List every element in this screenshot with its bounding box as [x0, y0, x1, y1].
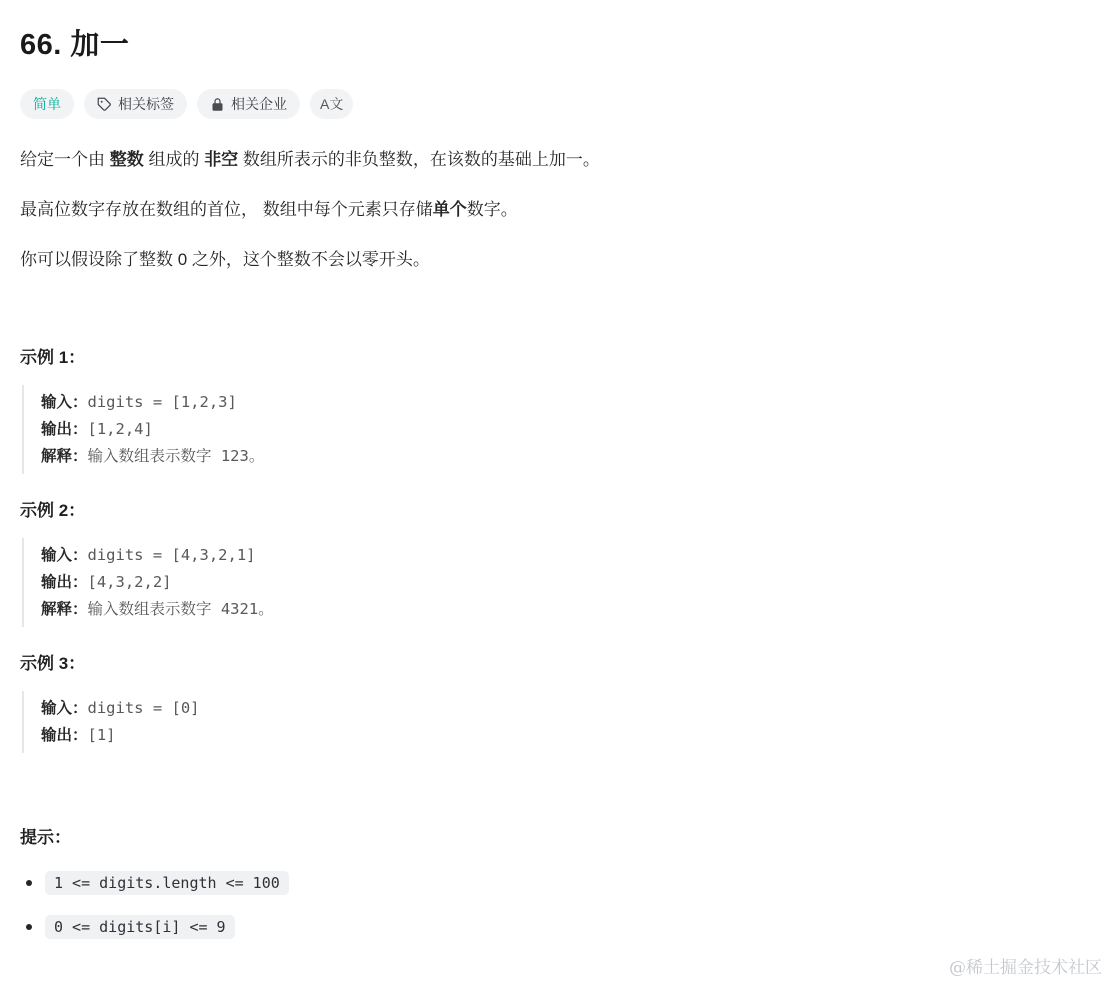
- problem-title: 66. 加一: [20, 22, 1092, 63]
- example-1-explanation-line: 解释：输入数组表示数字 123。: [41, 443, 1092, 470]
- tag-icon: [97, 97, 112, 112]
- constraints-list: 1 <= digits.length <= 100 0 <= digits[i]…: [20, 871, 1092, 939]
- example-3-heading: 示例 3：: [20, 651, 1092, 677]
- example-1-input-line: 输入：digits = [1,2,3]: [41, 389, 1092, 416]
- example-2-input-line: 输入：digits = [4,3,2,1]: [41, 542, 1092, 569]
- example-1-heading: 示例 1：: [20, 345, 1092, 371]
- badges-row: 简单 相关标签 相关企业 A文: [20, 89, 1092, 119]
- constraint-code: 1 <= digits.length <= 100: [45, 871, 289, 895]
- spacer: [20, 297, 1092, 345]
- related-companies-button[interactable]: 相关企业: [197, 89, 300, 119]
- constraints-heading: 提示：: [20, 825, 1092, 851]
- example-3-block: 输入：digits = [0] 输出：[1]: [22, 691, 1092, 753]
- bullet-dot: [26, 880, 32, 886]
- related-tags-button[interactable]: 相关标签: [84, 89, 187, 119]
- description-paragraph-3: 你可以假设除了整数 0 之外，这个整数不会以零开头。: [20, 247, 1092, 273]
- example-2-explanation-line: 解释：输入数组表示数字 4321。: [41, 596, 1092, 623]
- example-2-block: 输入：digits = [4,3,2,1] 输出：[4,3,2,2] 解释：输入…: [22, 538, 1092, 627]
- lock-icon: [210, 97, 225, 112]
- description-paragraph-1: 给定一个由 整数 组成的 非空 数组所表示的非负整数，在该数的基础上加一。: [20, 147, 1092, 173]
- example-1-block: 输入：digits = [1,2,3] 输出：[1,2,4] 解释：输入数组表示…: [22, 385, 1092, 474]
- bullet-dot: [26, 924, 32, 930]
- example-2-output-line: 输出：[4,3,2,2]: [41, 569, 1092, 596]
- related-tags-label: 相关标签: [118, 94, 174, 114]
- example-2-heading: 示例 2：: [20, 498, 1092, 524]
- constraint-item: 0 <= digits[i] <= 9: [20, 915, 1092, 939]
- constraint-item: 1 <= digits.length <= 100: [20, 871, 1092, 895]
- example-3-output-line: 输出：[1]: [41, 722, 1092, 749]
- constraint-code: 0 <= digits[i] <= 9: [45, 915, 235, 939]
- related-companies-label: 相关企业: [231, 94, 287, 114]
- spacer: [20, 777, 1092, 825]
- example-1-output-line: 输出：[1,2,4]: [41, 416, 1092, 443]
- translate-icon: A文: [320, 94, 343, 114]
- translate-toggle-button[interactable]: A文: [310, 89, 353, 119]
- example-3-input-line: 输入：digits = [0]: [41, 695, 1092, 722]
- difficulty-badge[interactable]: 简单: [20, 89, 74, 119]
- problem-description-panel: 66. 加一 简单 相关标签 相关企业 A文 给定一个由 整数 组成的 非空: [0, 0, 1112, 939]
- description-paragraph-2: 最高位数字存放在数组的首位， 数组中每个元素只存储单个数字。: [20, 197, 1092, 223]
- watermark: @稀土掘金技术社区: [949, 953, 1102, 978]
